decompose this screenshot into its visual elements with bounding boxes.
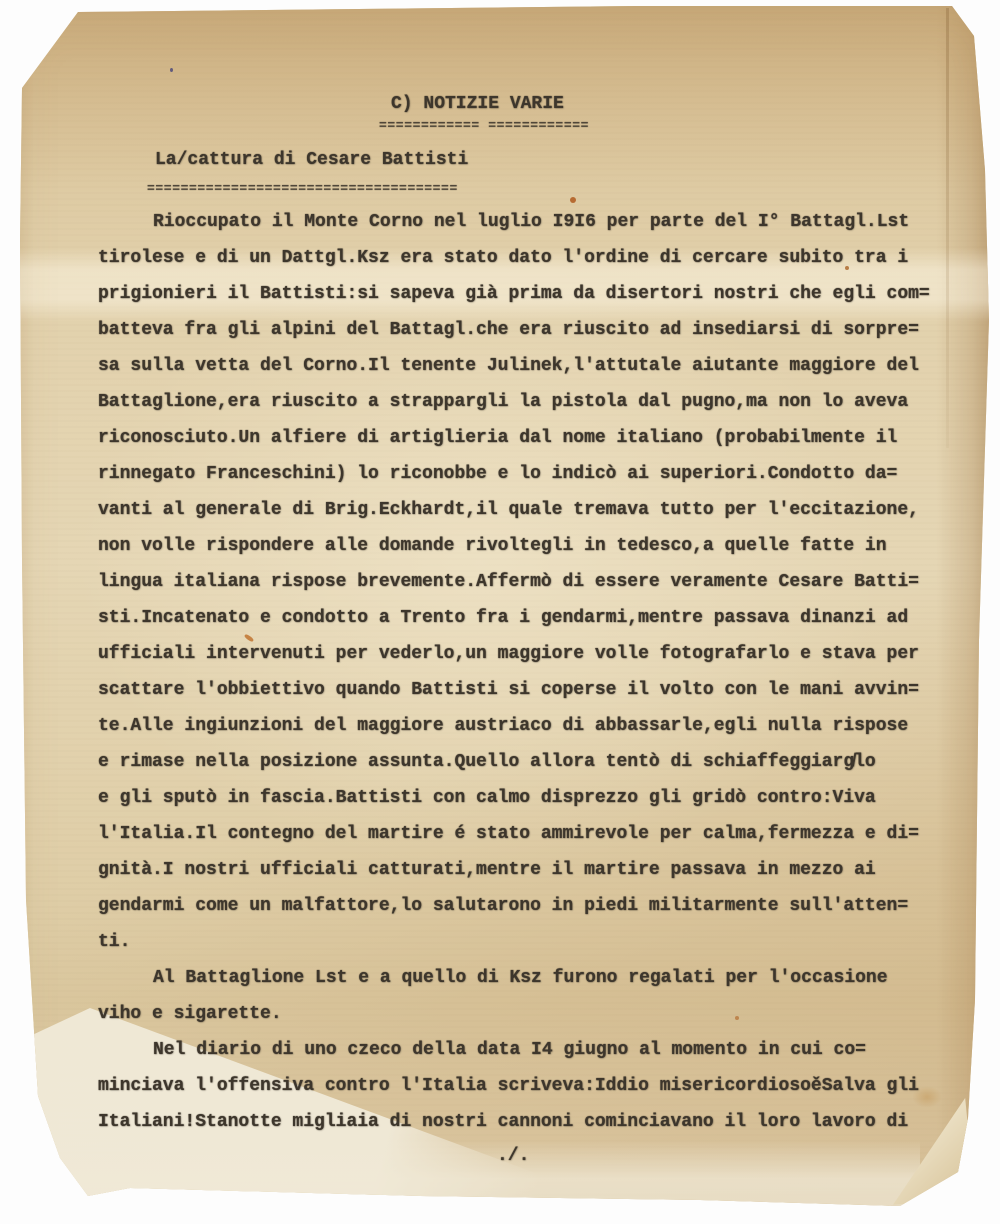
body-lines: Rioccupato il Monte Corno nel luglio I9I… — [98, 204, 960, 1140]
text-line: rinnegato Franceschini) lo riconobbe e l… — [98, 456, 960, 492]
text-line: gendarmi come un malfattore,lo salutaron… — [98, 888, 960, 924]
text-line: vanti al generale di Brig.Eckhardt,il qu… — [98, 492, 960, 528]
text-line: te.Alle ingiunzioni del maggiore austria… — [98, 708, 960, 744]
text-line: sa sulla vetta del Corno.Il tenente Juli… — [98, 348, 960, 384]
paper-sheet: C) NOTIZIE VARIE ============ ==========… — [0, 0, 1000, 1224]
text-line: ufficiali intervenuti per vederlo,un mag… — [98, 636, 960, 672]
text-line: sti.Incatenato e condotto a Trento fra i… — [98, 600, 960, 636]
text-line: tirolese e di un Dattgl.Ksz era stato da… — [98, 240, 960, 276]
text-line: lingua italiana rispose brevemente.Affer… — [98, 564, 960, 600]
text-line: batteva fra gli alpini del Battagl.che e… — [98, 312, 960, 348]
text-line: Al Battaglione Lst e a quello di Ksz fur… — [98, 960, 960, 996]
typewritten-content: C) NOTIZIE VARIE ============ ==========… — [0, 0, 1000, 1224]
scanned-document: C) NOTIZIE VARIE ============ ==========… — [0, 0, 1000, 1224]
article-title: La/cattura di Cesare Battisti — [155, 150, 468, 170]
text-line: riconosciuto.Un alfiere di artiglieria d… — [98, 420, 960, 456]
text-line: scattare l'obbiettivo quando Battisti si… — [98, 672, 960, 708]
text-line: e rimase nella posizione assunta.Quello … — [98, 744, 960, 780]
text-line: minciava l'offensiva contro l'Italia scr… — [98, 1068, 960, 1104]
text-line: non volle rispondere alle domande rivolt… — [98, 528, 960, 564]
text-line: ti. — [98, 924, 960, 960]
text-line: Battaglione,era riuscito a strappargli l… — [98, 384, 960, 420]
page-continuation-mark: ./. — [497, 1146, 529, 1166]
text-line: l'Italia.Il contegno del martire é stato… — [98, 816, 960, 852]
text-line: Nel diario di uno czeco della data I4 gi… — [98, 1032, 960, 1068]
article-title-underline: ===================================== — [147, 181, 458, 196]
text-line: gnità.I nostri ufficiali catturati,mentr… — [98, 852, 960, 888]
text-line: prigionieri il Battisti:si sapeva già pr… — [98, 276, 960, 312]
section-heading-underline: ============ ============ — [379, 118, 589, 133]
text-line: Italiani!Stanotte migliaia di nostri can… — [98, 1104, 960, 1140]
text-line: viho e sigarette. — [98, 996, 960, 1032]
text-line: e gli sputò in fascia.Battisti con calmo… — [98, 780, 960, 816]
text-line: Rioccupato il Monte Corno nel luglio I9I… — [98, 204, 960, 240]
section-heading: C) NOTIZIE VARIE — [391, 94, 564, 114]
